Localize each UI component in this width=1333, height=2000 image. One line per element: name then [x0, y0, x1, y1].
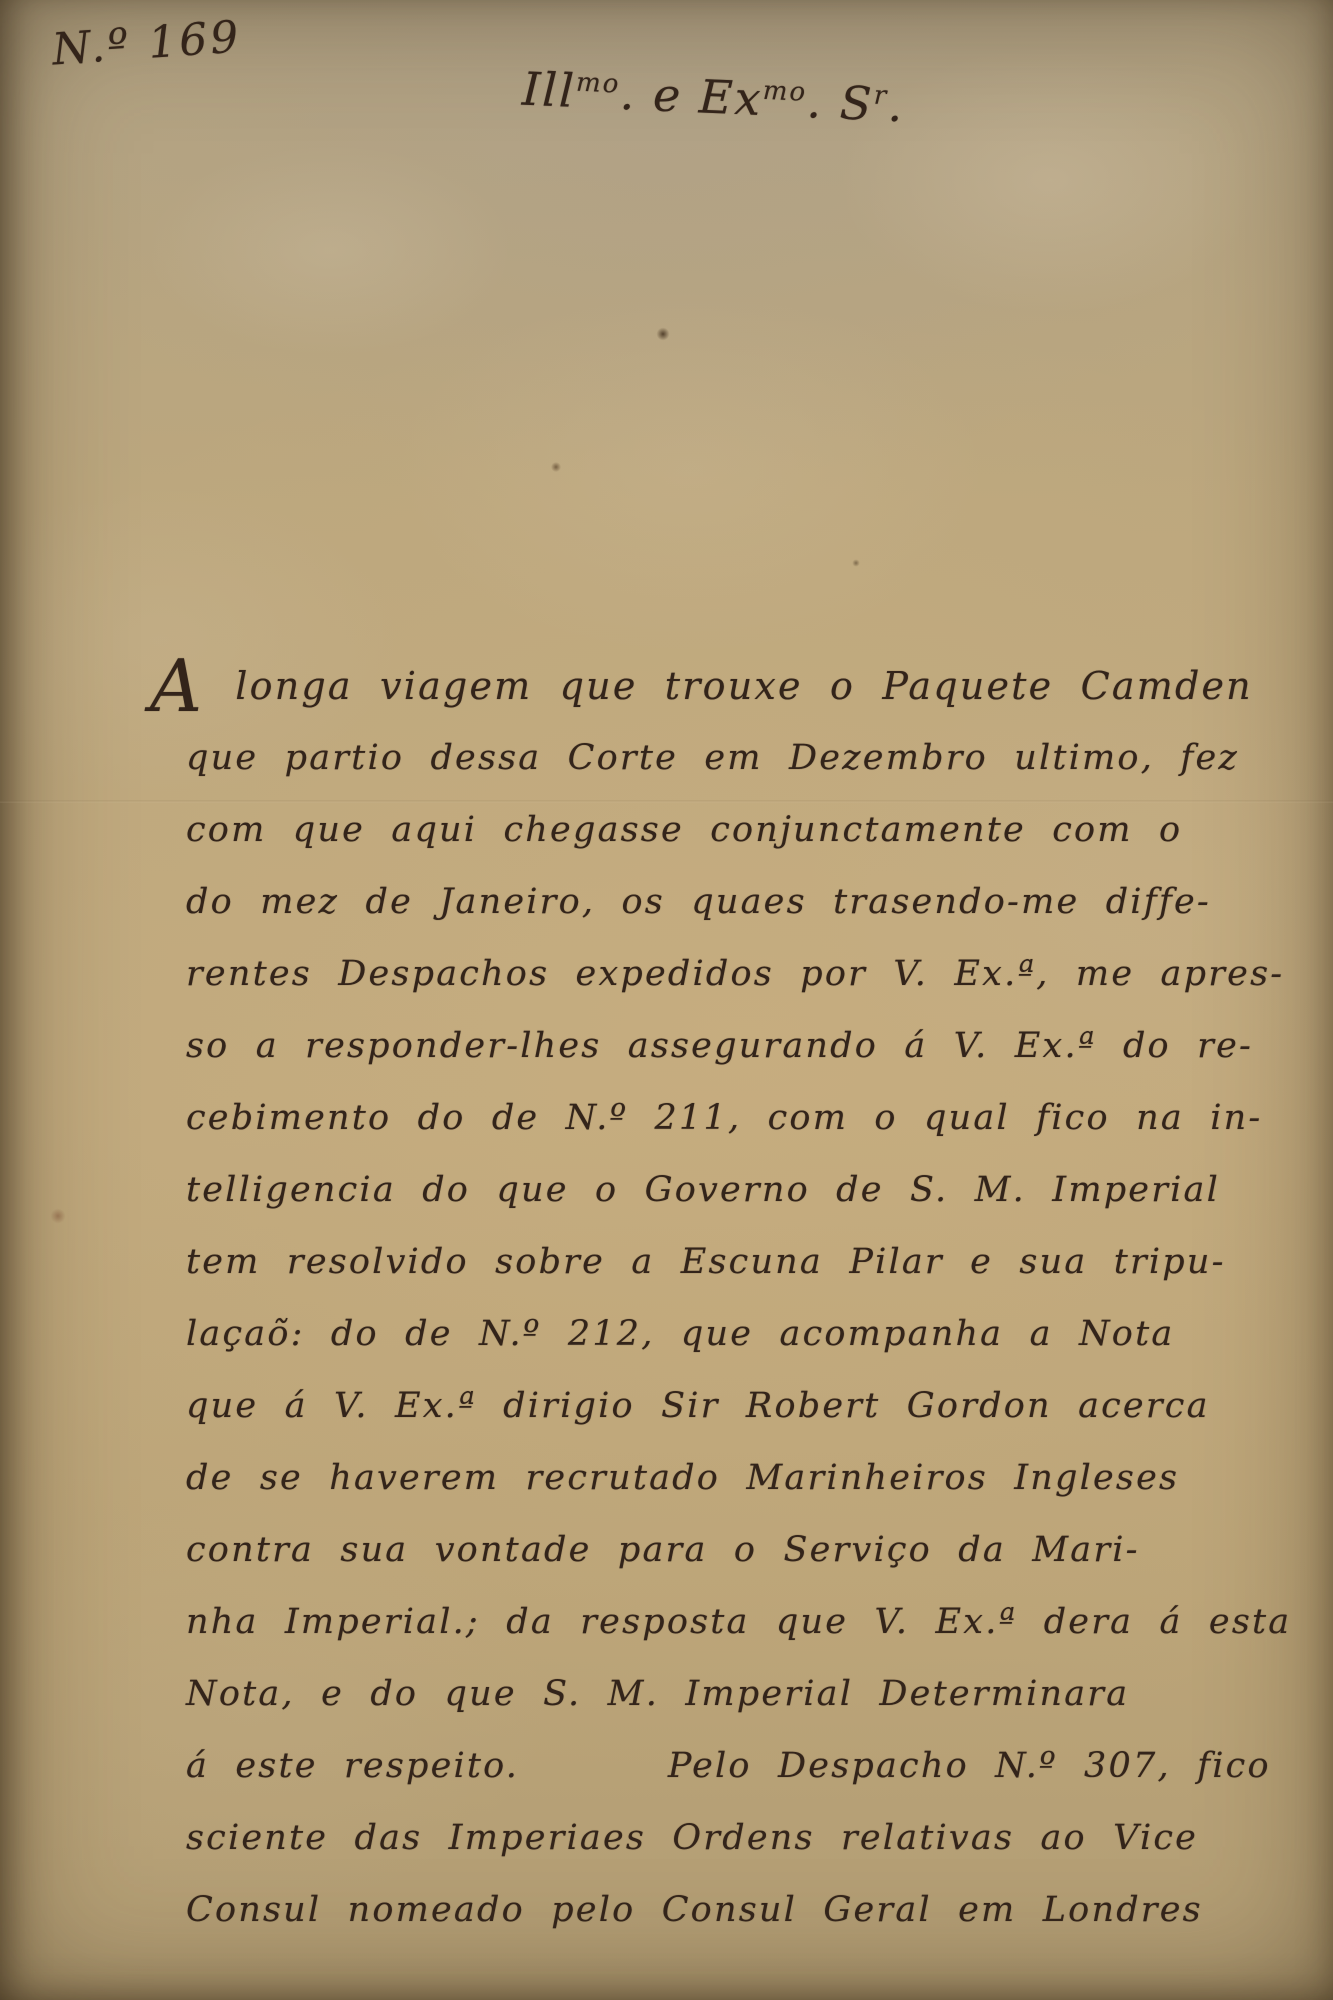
- salutation-text: Ill: [521, 62, 577, 118]
- salutation-superscript: mo: [762, 76, 808, 108]
- manuscript-line: de se haverem recrutado Marinheiros Ingl…: [186, 1442, 1276, 1514]
- manuscript-line: que partio dessa Corte em Dezembro ultim…: [186, 722, 1276, 794]
- manuscript-line: nha Imperial.; da resposta que V. Ex.ª d…: [186, 1586, 1276, 1658]
- manuscript-line: so a responder-lhes assegurando á V. Ex.…: [186, 1010, 1276, 1082]
- manuscript-line: A longa viagem que trouxe o Paquete Camd…: [150, 650, 1276, 722]
- manuscript-line: Consul nomeado pelo Consul Geral em Lond…: [186, 1874, 1276, 1946]
- manuscript-line: do mez de Janeiro, os quaes trasendo-me …: [186, 866, 1276, 938]
- salutation-text: .: [887, 78, 906, 133]
- manuscript-line: sciente das Imperiaes Ordens relativas a…: [186, 1802, 1276, 1874]
- manuscript-line: tem resolvido sobre a Escuna Pilar e sua…: [186, 1226, 1276, 1298]
- manuscript-line: contra sua vontade para o Serviço da Mar…: [186, 1514, 1276, 1586]
- manuscript-line: que á V. Ex.ª dirigio Sir Robert Gordon …: [186, 1370, 1276, 1442]
- salutation-superscript: r: [873, 81, 889, 112]
- manuscript-line: rentes Despachos expedidos por V. Ex.ª, …: [186, 938, 1276, 1010]
- manuscript-line: Nota, e do que S. M. Imperial Determinar…: [186, 1658, 1276, 1730]
- salutation-text: . S: [806, 74, 875, 131]
- salutation-text: . e Ex: [619, 66, 764, 126]
- manuscript-page: N.º 169 Illmo. e Exmo. Sr. A longa viage…: [0, 0, 1333, 2000]
- salutation-superscript: mo: [575, 68, 621, 100]
- manuscript-line: telligencia do que o Governo de S. M. Im…: [186, 1154, 1276, 1226]
- manuscript-line: com que aqui chegasse conjunctamente com…: [186, 794, 1276, 866]
- salutation: Illmo. e Exmo. Sr.: [521, 62, 906, 133]
- letter-body: A longa viagem que trouxe o Paquete Camd…: [186, 650, 1276, 1946]
- manuscript-line: á este respeito. Pelo Despacho N.º 307, …: [186, 1730, 1276, 1802]
- manuscript-line: cebimento do de N.º 211, com o qual fico…: [186, 1082, 1276, 1154]
- manuscript-line: laçaõ: do de N.º 212, que acompanha a No…: [186, 1298, 1276, 1370]
- document-number: N.º 169: [50, 11, 242, 75]
